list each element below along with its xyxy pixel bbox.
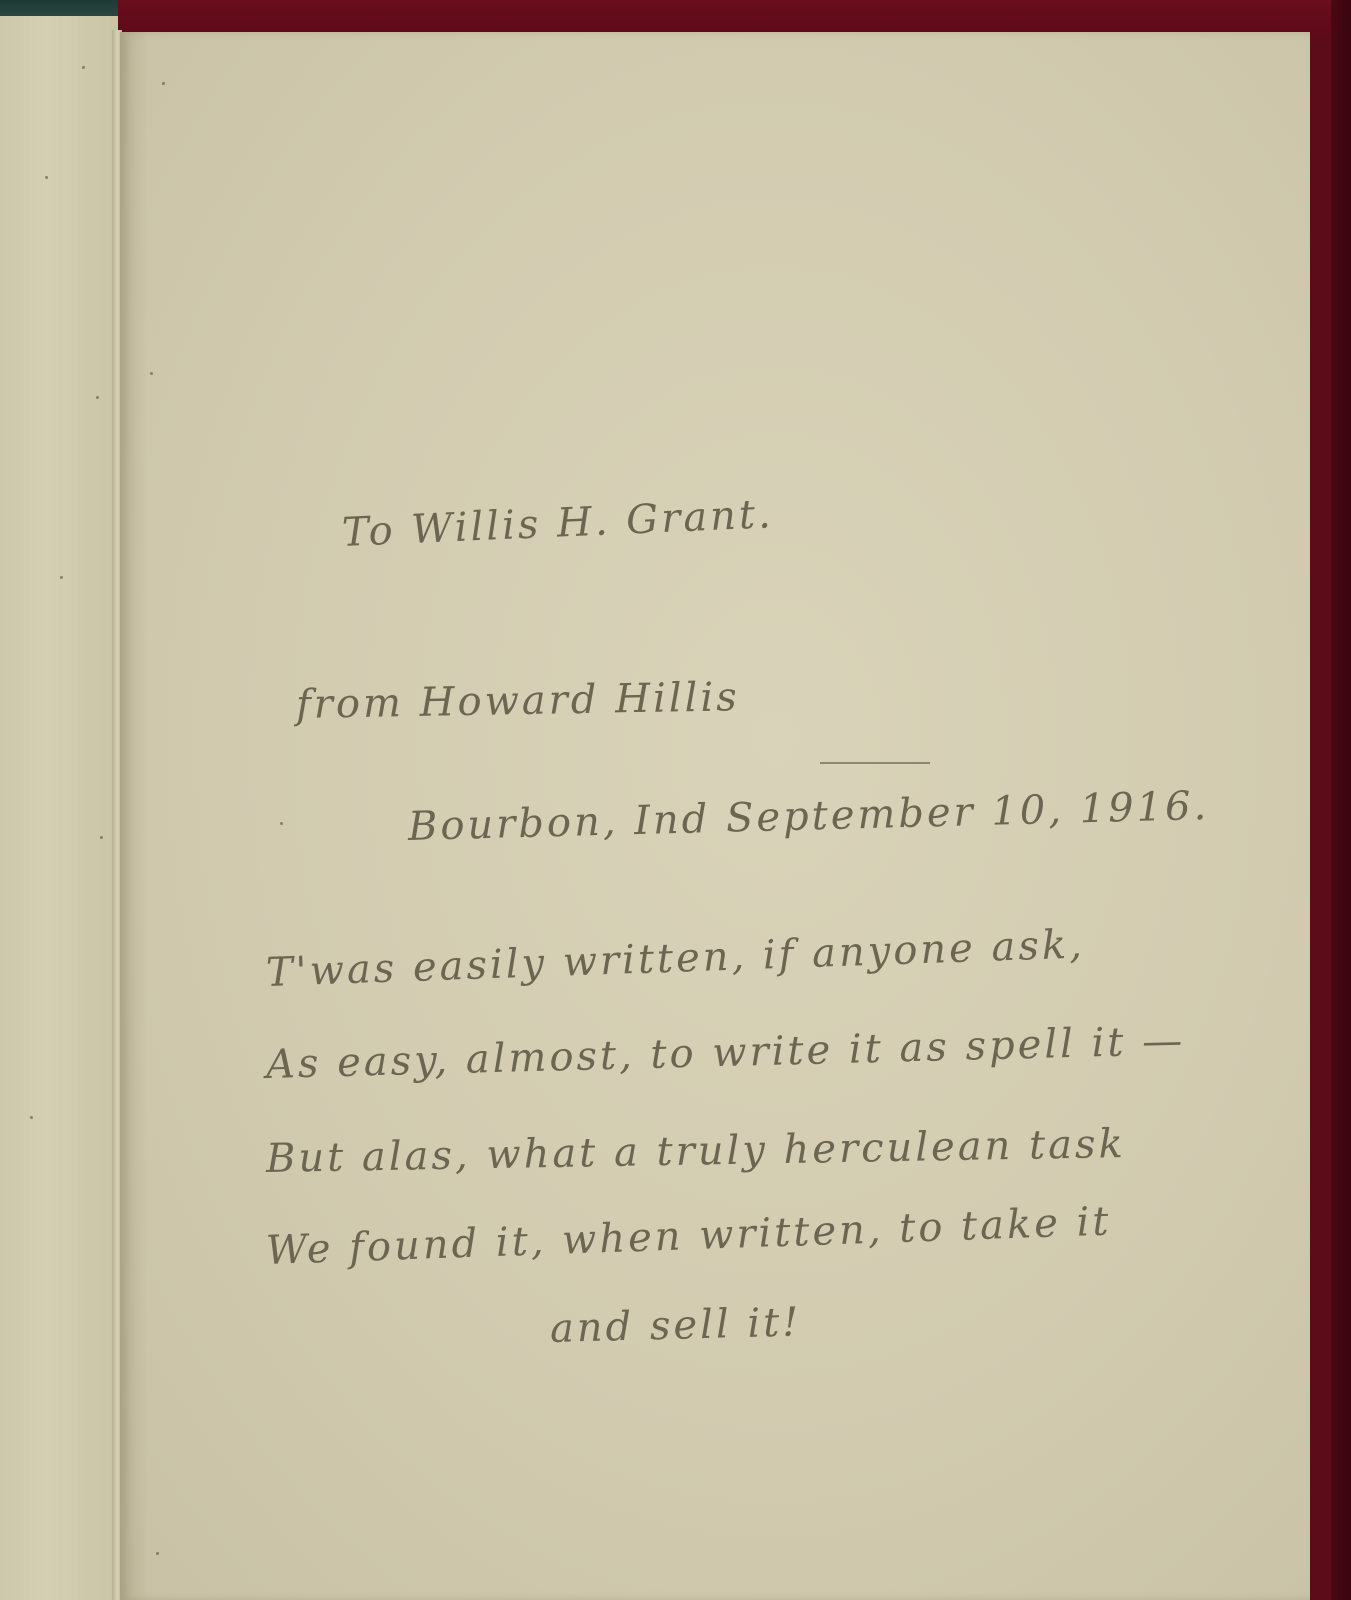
foxing-speck xyxy=(82,66,85,69)
place-date-line: Bourbon, Ind September 10, 1916. xyxy=(407,783,1209,850)
book-board-right xyxy=(1331,0,1351,1600)
flyleaf-page: To Willis H. Grant. from Howard Hillis B… xyxy=(120,32,1310,1600)
foxing-speck xyxy=(156,1552,159,1555)
foxing-speck xyxy=(280,822,283,825)
pastedown-endpaper xyxy=(0,16,118,1600)
verse-line-1: T'was easily written, if anyone ask, xyxy=(265,921,1085,996)
underline-dash xyxy=(820,762,930,764)
foxing-speck xyxy=(60,576,63,579)
from-line: from Howard Hillis xyxy=(296,674,740,728)
foxing-speck xyxy=(96,396,99,399)
foxing-speck xyxy=(100,836,103,839)
foxing-speck xyxy=(150,372,153,375)
verse-line-5: and sell it! xyxy=(549,1299,801,1352)
foxing-speck xyxy=(45,176,48,179)
verse-line-2: As easy, almost, to write it as spell it… xyxy=(265,1018,1185,1088)
foxing-speck xyxy=(162,82,165,85)
foxing-speck xyxy=(30,1116,33,1119)
dedication-line: To Willis H. Grant. xyxy=(341,491,775,556)
book-photo: To Willis H. Grant. from Howard Hillis B… xyxy=(0,0,1351,1600)
verse-line-3: But alas, what a truly herculean task xyxy=(266,1121,1127,1182)
verse-line-4: We found it, when written, to take it xyxy=(265,1198,1112,1273)
